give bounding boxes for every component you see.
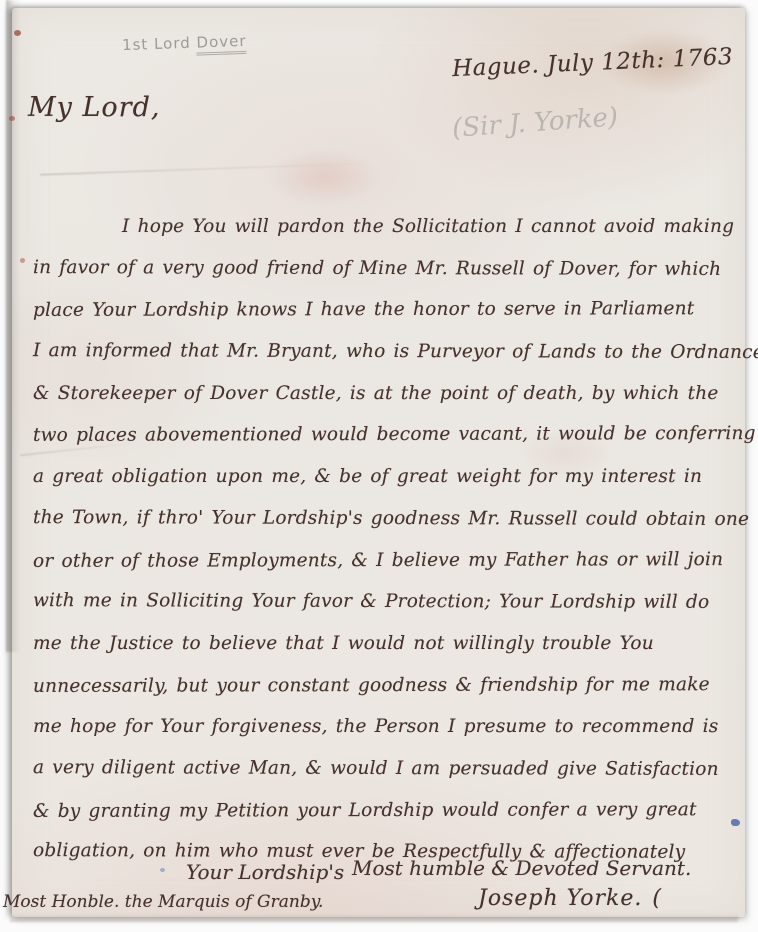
paper-left-edge-shadow [6,0,20,652]
letter-line: two places abovementioned would become v… [33,414,733,458]
valediction-your-lordships: Your Lordship's [186,860,344,884]
letter-line: I am informed that Mr. Bryant, who is Pu… [33,330,733,374]
letter-line: place Your Lordship knows I have the hon… [33,288,733,332]
paper-bottom-edge-shadow [10,914,738,922]
letter-line: me hope for Your forgiveness, the Person… [33,706,733,748]
letter-line: I hope You will pardon the Sollicitation… [33,206,733,248]
signature-paraph: ( [652,886,662,911]
letter-line: a great obligation upon me, & be of grea… [33,456,733,498]
pencil-attribution-prefix: 1st Lord [122,34,191,54]
salutation: My Lord, [28,92,160,123]
pencil-attribution-name: Dover [196,32,247,56]
letter-line: with me in Solliciting Your favor & Prot… [33,580,733,624]
letter-line: & by granting my Petition your Lordship … [33,789,733,833]
pencil-attribution-note: 1st Lord Dover [122,32,247,54]
address-line-marquis-of-granby: Most Honble. the Marquis of Granby. [3,892,323,912]
letter-line: unnecessarily, but your constant goodnes… [33,664,733,708]
letter-line: the Town, if thro' Your Lordship's goodn… [33,497,733,541]
letter-line: a very diligent active Man, & would I am… [33,747,733,791]
letter-body: I hope You will pardon the Sollicitation… [33,206,733,873]
valediction-humble-servant: Most humble & Devoted Servant. [352,856,691,880]
signature-name: Joseph Yorke. [478,886,642,911]
letter-line: me the Justice to believe that I would n… [33,623,733,665]
letter-line: & Storekeeper of Dover Castle, is at the… [33,373,733,415]
letter-scan: 1st Lord Dover Hague. July 12th: 1763 My… [0,0,758,932]
letter-line: in favor of a very good friend of Mine M… [33,247,733,291]
letter-line: or other of those Employments, & I belie… [33,539,733,583]
signature-joseph-yorke: Joseph Yorke.( [478,886,662,911]
